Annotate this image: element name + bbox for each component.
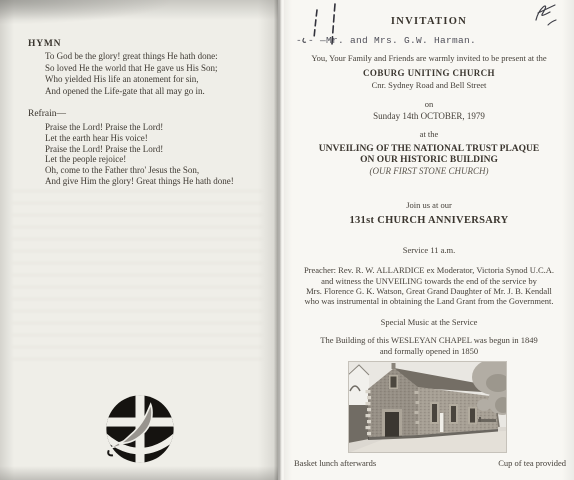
special-music-line: Special Music at the Service <box>284 317 574 327</box>
refrain-line: Oh, come to the Father thro' Jesus the S… <box>45 165 234 176</box>
unveiling-details-line: who was instrumental in obtaining the La… <box>284 296 574 306</box>
service-time: Service 11 a.m. <box>284 245 574 255</box>
event-title-line3: (OUR FIRST STONE CHURCH) <box>284 166 574 176</box>
invitation-title: INVITATION <box>284 16 574 27</box>
event-title-line2: ON OUR HISTORIC BUILDING <box>284 155 574 165</box>
building-history-line2: and formally opened in 1850 <box>284 346 574 356</box>
page-bleed-through <box>12 190 262 360</box>
hymn-verse-line: Who yielded His life an atonement for si… <box>45 74 218 86</box>
left-page: HYMN To God be the glory! great things H… <box>0 0 278 480</box>
join-line: Join us at our <box>284 200 574 210</box>
refrain-line: And give Him the glory! Great things He … <box>45 176 234 187</box>
preacher-line: Preacher: Rev. R. W. ALLARDICE ex Modera… <box>284 265 574 275</box>
scanned-invitation-booklet: HYMN To God be the glory! great things H… <box>0 0 574 480</box>
invitation-intro: You, Your Family and Friends are warmly … <box>284 53 574 63</box>
refrain-line: Praise the Lord! Praise the Lord! <box>45 122 234 133</box>
refrain-heading: Refrain— <box>28 109 66 119</box>
anniversary-heading: 131st CHURCH ANNIVERSARY <box>284 215 574 226</box>
event-date: Sunday 14th OCTOBER, 1979 <box>284 111 574 121</box>
unveiling-details-line: Mrs. Florence G. K. Watson, Great Grand … <box>284 286 574 296</box>
refrain-line: Praise the Lord! Praise the Lord! <box>45 144 234 155</box>
unveiling-details: and witness the UNVEILING towards the en… <box>284 276 574 306</box>
addressee-typed-name: - - —Mr. and Mrs. G.W. Harman. <box>296 35 476 46</box>
hymn-verse-line: And opened the Life-gate that all may go… <box>45 86 218 98</box>
at-the-word: at the <box>284 129 574 139</box>
footer-note-right: Cup of tea provided <box>498 458 566 468</box>
event-title-line1: UNVEILING OF THE NATIONAL TRUST PLAQUE <box>284 144 574 154</box>
uniting-church-emblem-icon <box>99 388 181 470</box>
church-name: COBURG UNITING CHURCH <box>284 68 574 78</box>
refrain-line: Let the people rejoice! <box>45 154 234 165</box>
church-address: Cnr. Sydney Road and Bell Street <box>284 80 574 90</box>
on-word: on <box>284 99 574 109</box>
building-history-line1: The Building of this WESLEYAN CHAPEL was… <box>284 335 574 345</box>
refrain-line: Let the earth hear His voice! <box>45 133 234 144</box>
footer-note-left: Basket lunch afterwards <box>294 458 376 468</box>
chapel-photograph <box>348 361 507 453</box>
hymn-verse-line: To God be the glory! great things He hat… <box>45 51 218 63</box>
right-page: INVITATION - - —Mr. and Mrs. G.W. Harman… <box>284 0 574 480</box>
hymn-verse-line: So loved He the world that He gave us Hi… <box>45 63 218 75</box>
hymn-heading: HYMN <box>28 39 61 49</box>
unveiling-details-line: and witness the UNVEILING towards the en… <box>284 276 574 286</box>
refrain-lines: Praise the Lord! Praise the Lord! Let th… <box>45 122 234 187</box>
hymn-verse: To God be the glory! great things He hat… <box>45 51 218 97</box>
